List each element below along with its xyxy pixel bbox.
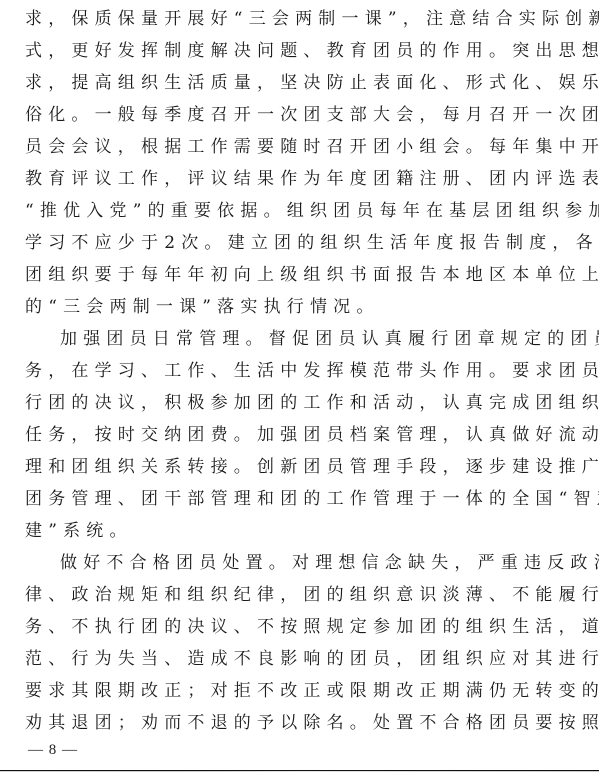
text-line: 要求其限期改正；对拒不改正或限期改正期满仍无转变的，应当 [25, 675, 523, 707]
document-page: 求，保质保量开展好“三会两制一课”，注意结合实际创新形 式，更好发挥制度解决问题… [0, 0, 599, 762]
text-line: 理和团组织关系转接。创新团员管理手段，逐步建设推广集基础 [25, 451, 523, 483]
paragraph-start-line: 加强团员日常管理。督促团员认真履行团章规定的团员义 [25, 323, 523, 355]
text-line: 范、行为失当、造成不良影响的团员，团组织应对其进行教育， [25, 643, 523, 675]
paragraph-start-line: 做好不合格团员处置。对理想信念缺失，严重违反政治纪 [25, 547, 523, 579]
text-line: 学习不应少于2次。建立团的组织生活年度报告制度，各级各类 [25, 227, 523, 259]
text-line: 任务，按时交纳团费。加强团员档案管理，认真做好流动团员管 [25, 419, 523, 451]
text-line: 团组织要于每年年初向上级组织书面报告本地区本单位上一年度 [25, 259, 523, 291]
page-number: — 8 — [28, 742, 78, 759]
body-text: 求，保质保量开展好“三会两制一课”，注意结合实际创新形 式，更好发挥制度解决问题… [25, 3, 525, 739]
text-line: 劝其退团；劝而不退的予以除名。处置不合格团员要按照稳妥、 [25, 707, 523, 739]
text-line: 求，保质保量开展好“三会两制一课”，注意结合实际创新形 [25, 3, 523, 35]
text-line: 建”系统。 [25, 515, 525, 547]
text-line: 式，更好发挥制度解决问题、教育团员的作用。突出思想政治要 [25, 35, 523, 67]
text-line: 行团的决议，积极参加团的工作和活动，认真完成团组织分配的 [25, 387, 523, 419]
text-line: 务、不执行团的决议、不按照规定参加团的组织生活，道德失 [25, 611, 523, 643]
text-line: 的“三会两制一课”落实执行情况。 [25, 291, 525, 323]
text-line: 俗化。一般每季度召开一次团支部大会，每月召开一次团支部委 [25, 99, 523, 131]
text-line: 求，提高组织生活质量，坚决防止表面化、形式化、娱乐化、庸 [25, 67, 523, 99]
text-line: 团务管理、团干部管理和团的工作管理于一体的全国“智慧团 [25, 483, 523, 515]
text-line: 员会会议，根据工作需要随时召开团小组会。每年集中开展团员 [25, 131, 523, 163]
text-line: 律、政治规矩和组织纪律，团的组织意识淡薄、不能履行团员义 [25, 579, 523, 611]
text-line: 务，在学习、工作、生活中发挥模范带头作用。要求团员认真执 [25, 355, 523, 387]
text-line: 教育评议工作，评议结果作为年度团籍注册、团内评选表彰、 [25, 163, 523, 195]
text-line: “推优入党”的重要依据。组织团员每年在基层团组织参加团课 [25, 195, 523, 227]
